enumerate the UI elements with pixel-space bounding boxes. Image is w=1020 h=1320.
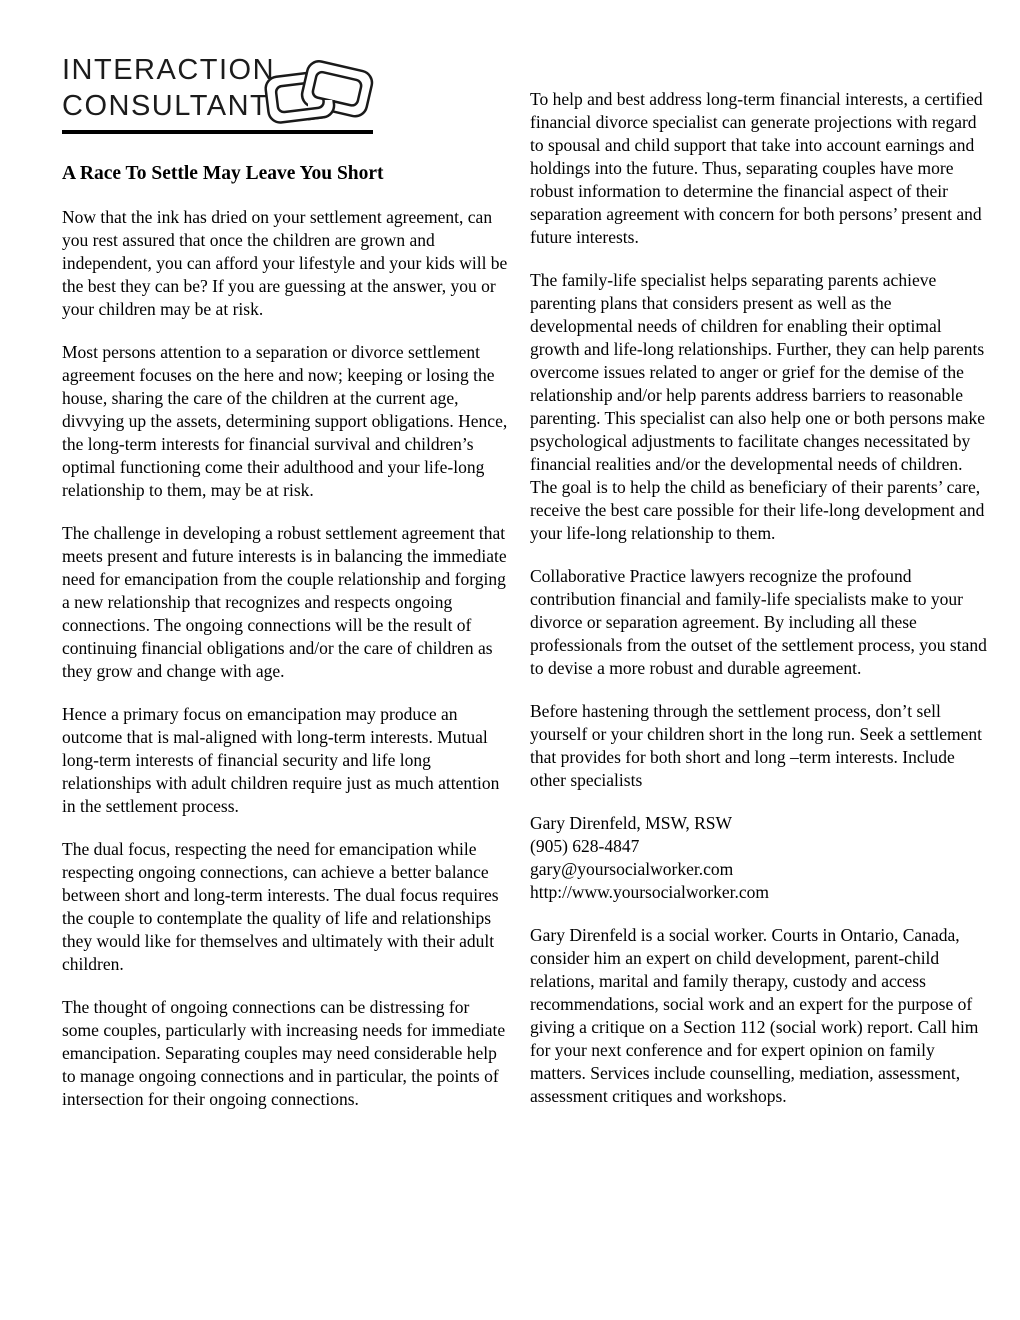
left-column: INTERACTION CONSULTANTS: [62, 52, 509, 1131]
article-title: A Race To Settle May Leave You Short: [62, 162, 509, 186]
paragraph: The dual focus, respecting the need for …: [62, 838, 509, 976]
contact-phone: (905) 628-4847: [530, 835, 988, 858]
interlocked-chain-links-icon: [262, 58, 374, 130]
logo-line1: INTERACTION: [62, 52, 437, 88]
paragraph: Most persons attention to a separation o…: [62, 341, 509, 502]
paragraph: The family-life specialist helps separat…: [530, 269, 988, 545]
contact-block: Gary Direnfeld, MSW, RSW (905) 628-4847 …: [530, 812, 988, 904]
contact-name: Gary Direnfeld, MSW, RSW: [530, 812, 988, 835]
paragraph: Collaborative Practice lawyers recognize…: [530, 565, 988, 680]
author-bio: Gary Direnfeld is a social worker. Court…: [530, 924, 988, 1108]
paragraph: To help and best address long-term finan…: [530, 88, 988, 249]
document-page: INTERACTION CONSULTANTS: [0, 0, 1020, 1320]
paragraph: The challenge in developing a robust set…: [62, 522, 509, 683]
contact-email: gary@yoursocialworker.com: [530, 858, 988, 881]
paragraph: Before hastening through the settlement …: [530, 700, 988, 792]
right-column: To help and best address long-term finan…: [530, 88, 988, 1128]
paragraph: Hence a primary focus on emancipation ma…: [62, 703, 509, 818]
logo-divider: [62, 130, 373, 134]
logo-line2: CONSULTANTS: [62, 88, 437, 124]
paragraph: Now that the ink has dried on your settl…: [62, 206, 509, 321]
logo: INTERACTION CONSULTANTS: [62, 52, 437, 134]
paragraph: The thought of ongoing connections can b…: [62, 996, 509, 1111]
contact-website: http://www.yoursocialworker.com: [530, 881, 988, 904]
